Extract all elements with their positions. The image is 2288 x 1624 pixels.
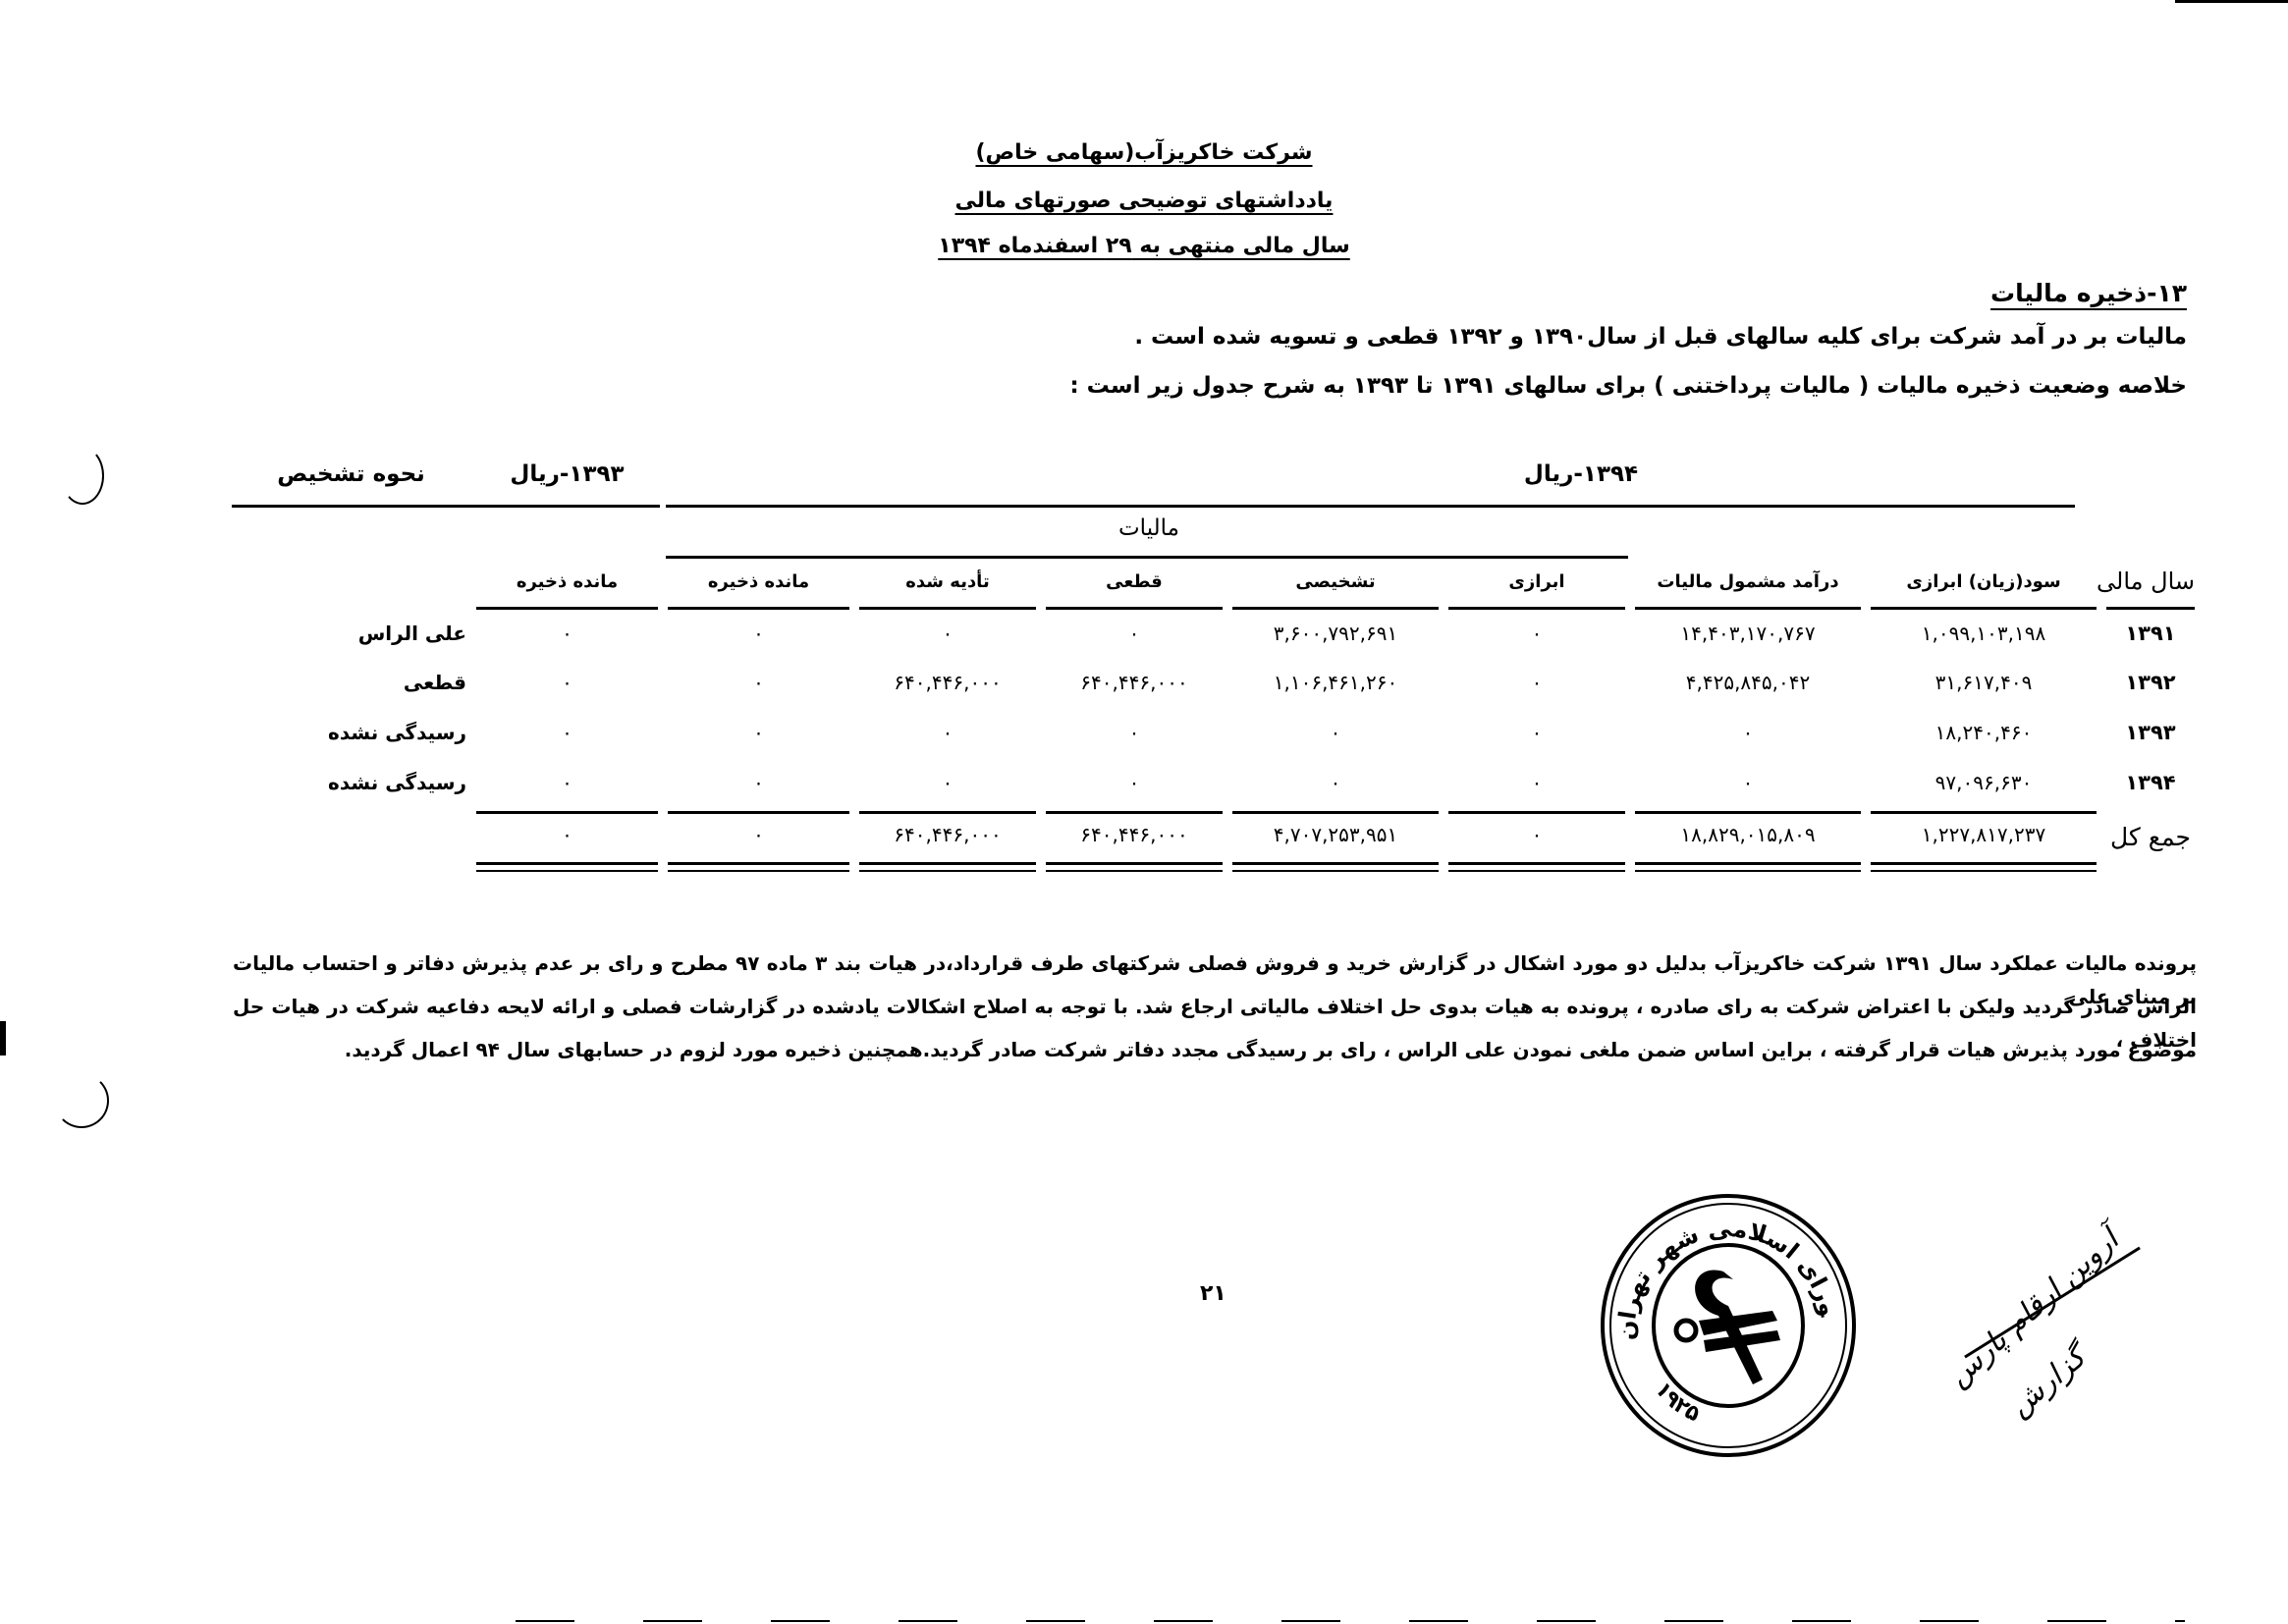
rule-total [1046,870,1223,872]
total-declared-profit: ۱,۲۲۷,۸۱۷,۲۳۷ [1871,823,2097,846]
rule-total [1232,862,1439,865]
rule-total [1635,870,1861,872]
rule-col [476,607,658,610]
rule-subtotal [668,811,849,814]
cell-year: ۱۳۹۱ [2106,622,2195,645]
rule-1393 [232,505,660,508]
rule-subtotal [859,811,1036,814]
rule-total [1046,862,1223,865]
cell-reserve-1394: ۰ [668,721,849,744]
col-taxable-income: درآمد مشمول مالیات [1635,571,1861,592]
section-heading: ۱۳-ذخیره مالیات [1990,279,2187,307]
rule-total [476,862,658,865]
rule-1394 [666,505,2075,508]
total-label: جمع کل [2101,823,2200,851]
cell-assessed-tax: ۱,۱۰۶,۴۶۱,۲۶۰ [1232,671,1439,694]
col-fiscal-year: سال مالی [2106,568,2195,595]
total-final-tax: ۶۴۰,۴۴۶,۰۰۰ [1046,823,1223,846]
cell-year: ۱۳۹۳ [2106,721,2195,744]
rule-total [1635,862,1861,865]
total-paid: ۶۴۰,۴۴۶,۰۰۰ [859,823,1036,846]
cell-method: علی الراس [236,622,466,645]
signature-line-2: گزارش [2002,1340,2093,1424]
rule-subtotal [1871,811,2097,814]
rule-subtotal [1232,811,1439,814]
cell-method: رسیدگی نشده [236,771,466,794]
cell-reserve-1393: ۰ [476,771,658,794]
cell-paid: ۰ [859,721,1036,744]
rule-total [859,862,1036,865]
rule-total [859,870,1036,872]
total-taxable-income: ۱۸,۸۲۹,۰۱۵,۸۰۹ [1635,823,1861,846]
group-header-tax: مالیات [859,515,1439,541]
cell-assessed-tax: ۳,۶۰۰,۷۹۲,۶۹۱ [1232,622,1439,645]
col-paid: تأدیه شده [859,571,1036,592]
cell-final-tax: ۰ [1046,721,1223,744]
cell-declared-profit: ۳۱,۶۱۷,۴۰۹ [1871,671,2097,694]
fiscal-period: سال مالی منتهی به ۲۹ اسفندماه ۱۳۹۴ [0,234,2288,258]
cell-paid: ۰ [859,622,1036,645]
cell-final-tax: ۰ [1046,771,1223,794]
rule-subtotal [1635,811,1861,814]
cell-taxable-income: ۱۴,۴۰۳,۱۷۰,۷۶۷ [1635,622,1861,645]
rule-total [668,862,849,865]
stamp-seal-icon: شورای اسلامی شهر تهران ۱۹۲۵ [1596,1193,1861,1458]
total-declared-tax: ۰ [1448,823,1625,846]
col-declared-tax: ابرازی [1448,571,1625,592]
rule-col [668,607,849,610]
cell-reserve-1394: ۰ [668,671,849,694]
page-number: ۲۱ [1200,1281,1226,1306]
col-assessed-tax: تشخیصی [1232,571,1439,592]
rule-col [859,607,1036,610]
group-header-1393: ۱۳۹۳-ریال [476,461,658,487]
cell-method: رسیدگی نشده [236,721,466,744]
rule-col [1448,607,1625,610]
total-reserve-1394: ۰ [668,823,849,846]
cell-paid: ۶۴۰,۴۴۶,۰۰۰ [859,671,1036,694]
rule-total [1871,870,2097,872]
scan-edge-bottom [516,1620,2185,1622]
cell-method: قطعی [236,671,466,694]
official-stamp: شورای اسلامی شهر تهران ۱۹۲۵ [1596,1193,1861,1458]
cell-taxable-income: ۴,۴۲۵,۸۴۵,۰۴۲ [1635,671,1861,694]
group-header-1394: ۱۳۹۴-ریال [1448,461,1714,487]
cell-declared-tax: ۰ [1448,721,1625,744]
note-line-3: موضوع مورد پذیرش هیات قرار گرفته ، براین… [233,1033,2197,1066]
total-reserve-1393: ۰ [476,823,658,846]
cell-declared-tax: ۰ [1448,622,1625,645]
document-subtitle: یادداشتهای توضیحی صورتهای مالی [0,189,2288,213]
auditor-signature: آروین ارقام پارس گزارش [1934,1208,2170,1443]
rule-total [476,870,658,872]
rule-col [1635,607,1861,610]
rule-total [668,870,849,872]
punch-hole-bottom [54,1073,109,1128]
cell-final-tax: ۰ [1046,622,1223,645]
col-declared-profit: سود(زیان) ابرازی [1871,571,2097,592]
total-assessed-tax: ۴,۷۰۷,۲۵۳,۹۵۱ [1232,823,1439,846]
cell-reserve-1394: ۰ [668,622,849,645]
cell-reserve-1393: ۰ [476,622,658,645]
rule-col [1046,607,1223,610]
rule-tax [666,556,1628,559]
cell-taxable-income: ۰ [1635,771,1861,794]
rule-subtotal [476,811,658,814]
rule-total [1871,862,2097,865]
rule-total [1448,870,1625,872]
cell-declared-profit: ۹۷,۰۹۶,۶۳۰ [1871,771,2097,794]
rule-subtotal [1046,811,1223,814]
rule-total [1448,862,1625,865]
col-reserve-1393: مانده ذخیره [476,571,658,592]
cell-reserve-1393: ۰ [476,671,658,694]
scan-edge-top [2175,0,2288,3]
rule-col [1871,607,2097,610]
intro-line-2: خلاصه وضعیت ذخیره مالیات ( مالیات پرداخت… [1069,373,2187,399]
signature-line-1: آروین ارقام پارس [1941,1223,2126,1394]
signature-stroke [1964,1247,2141,1359]
cell-declared-profit: ۱۸,۲۴۰,۴۶۰ [1871,721,2097,744]
col-reserve-1394: مانده ذخیره [668,571,849,592]
cell-final-tax: ۶۴۰,۴۴۶,۰۰۰ [1046,671,1223,694]
cell-declared-tax: ۰ [1448,771,1625,794]
rule-col [1232,607,1439,610]
cell-assessed-tax: ۰ [1232,771,1439,794]
cell-assessed-tax: ۰ [1232,721,1439,744]
rule-total [1232,870,1439,872]
company-title: شرکت خاکریزآب(سهامی خاص) [0,140,2288,165]
cell-taxable-income: ۰ [1635,721,1861,744]
cell-declared-tax: ۰ [1448,671,1625,694]
col-final-tax: قطعی [1046,571,1223,592]
cell-reserve-1393: ۰ [476,721,658,744]
intro-line-1: مالیات بر در آمد شرکت برای کلیه سالهای ق… [1134,324,2187,350]
group-header-method: نحوه تشخیص [236,461,466,487]
rule-subtotal [1448,811,1625,814]
cell-declared-profit: ۱,۰۹۹,۱۰۳,۱۹۸ [1871,622,2097,645]
cell-year: ۱۳۹۲ [2106,671,2195,694]
rule-col [2106,607,2195,610]
cell-paid: ۰ [859,771,1036,794]
cell-year: ۱۳۹۴ [2106,771,2195,794]
punch-hole-top [61,447,104,505]
cell-reserve-1394: ۰ [668,771,849,794]
